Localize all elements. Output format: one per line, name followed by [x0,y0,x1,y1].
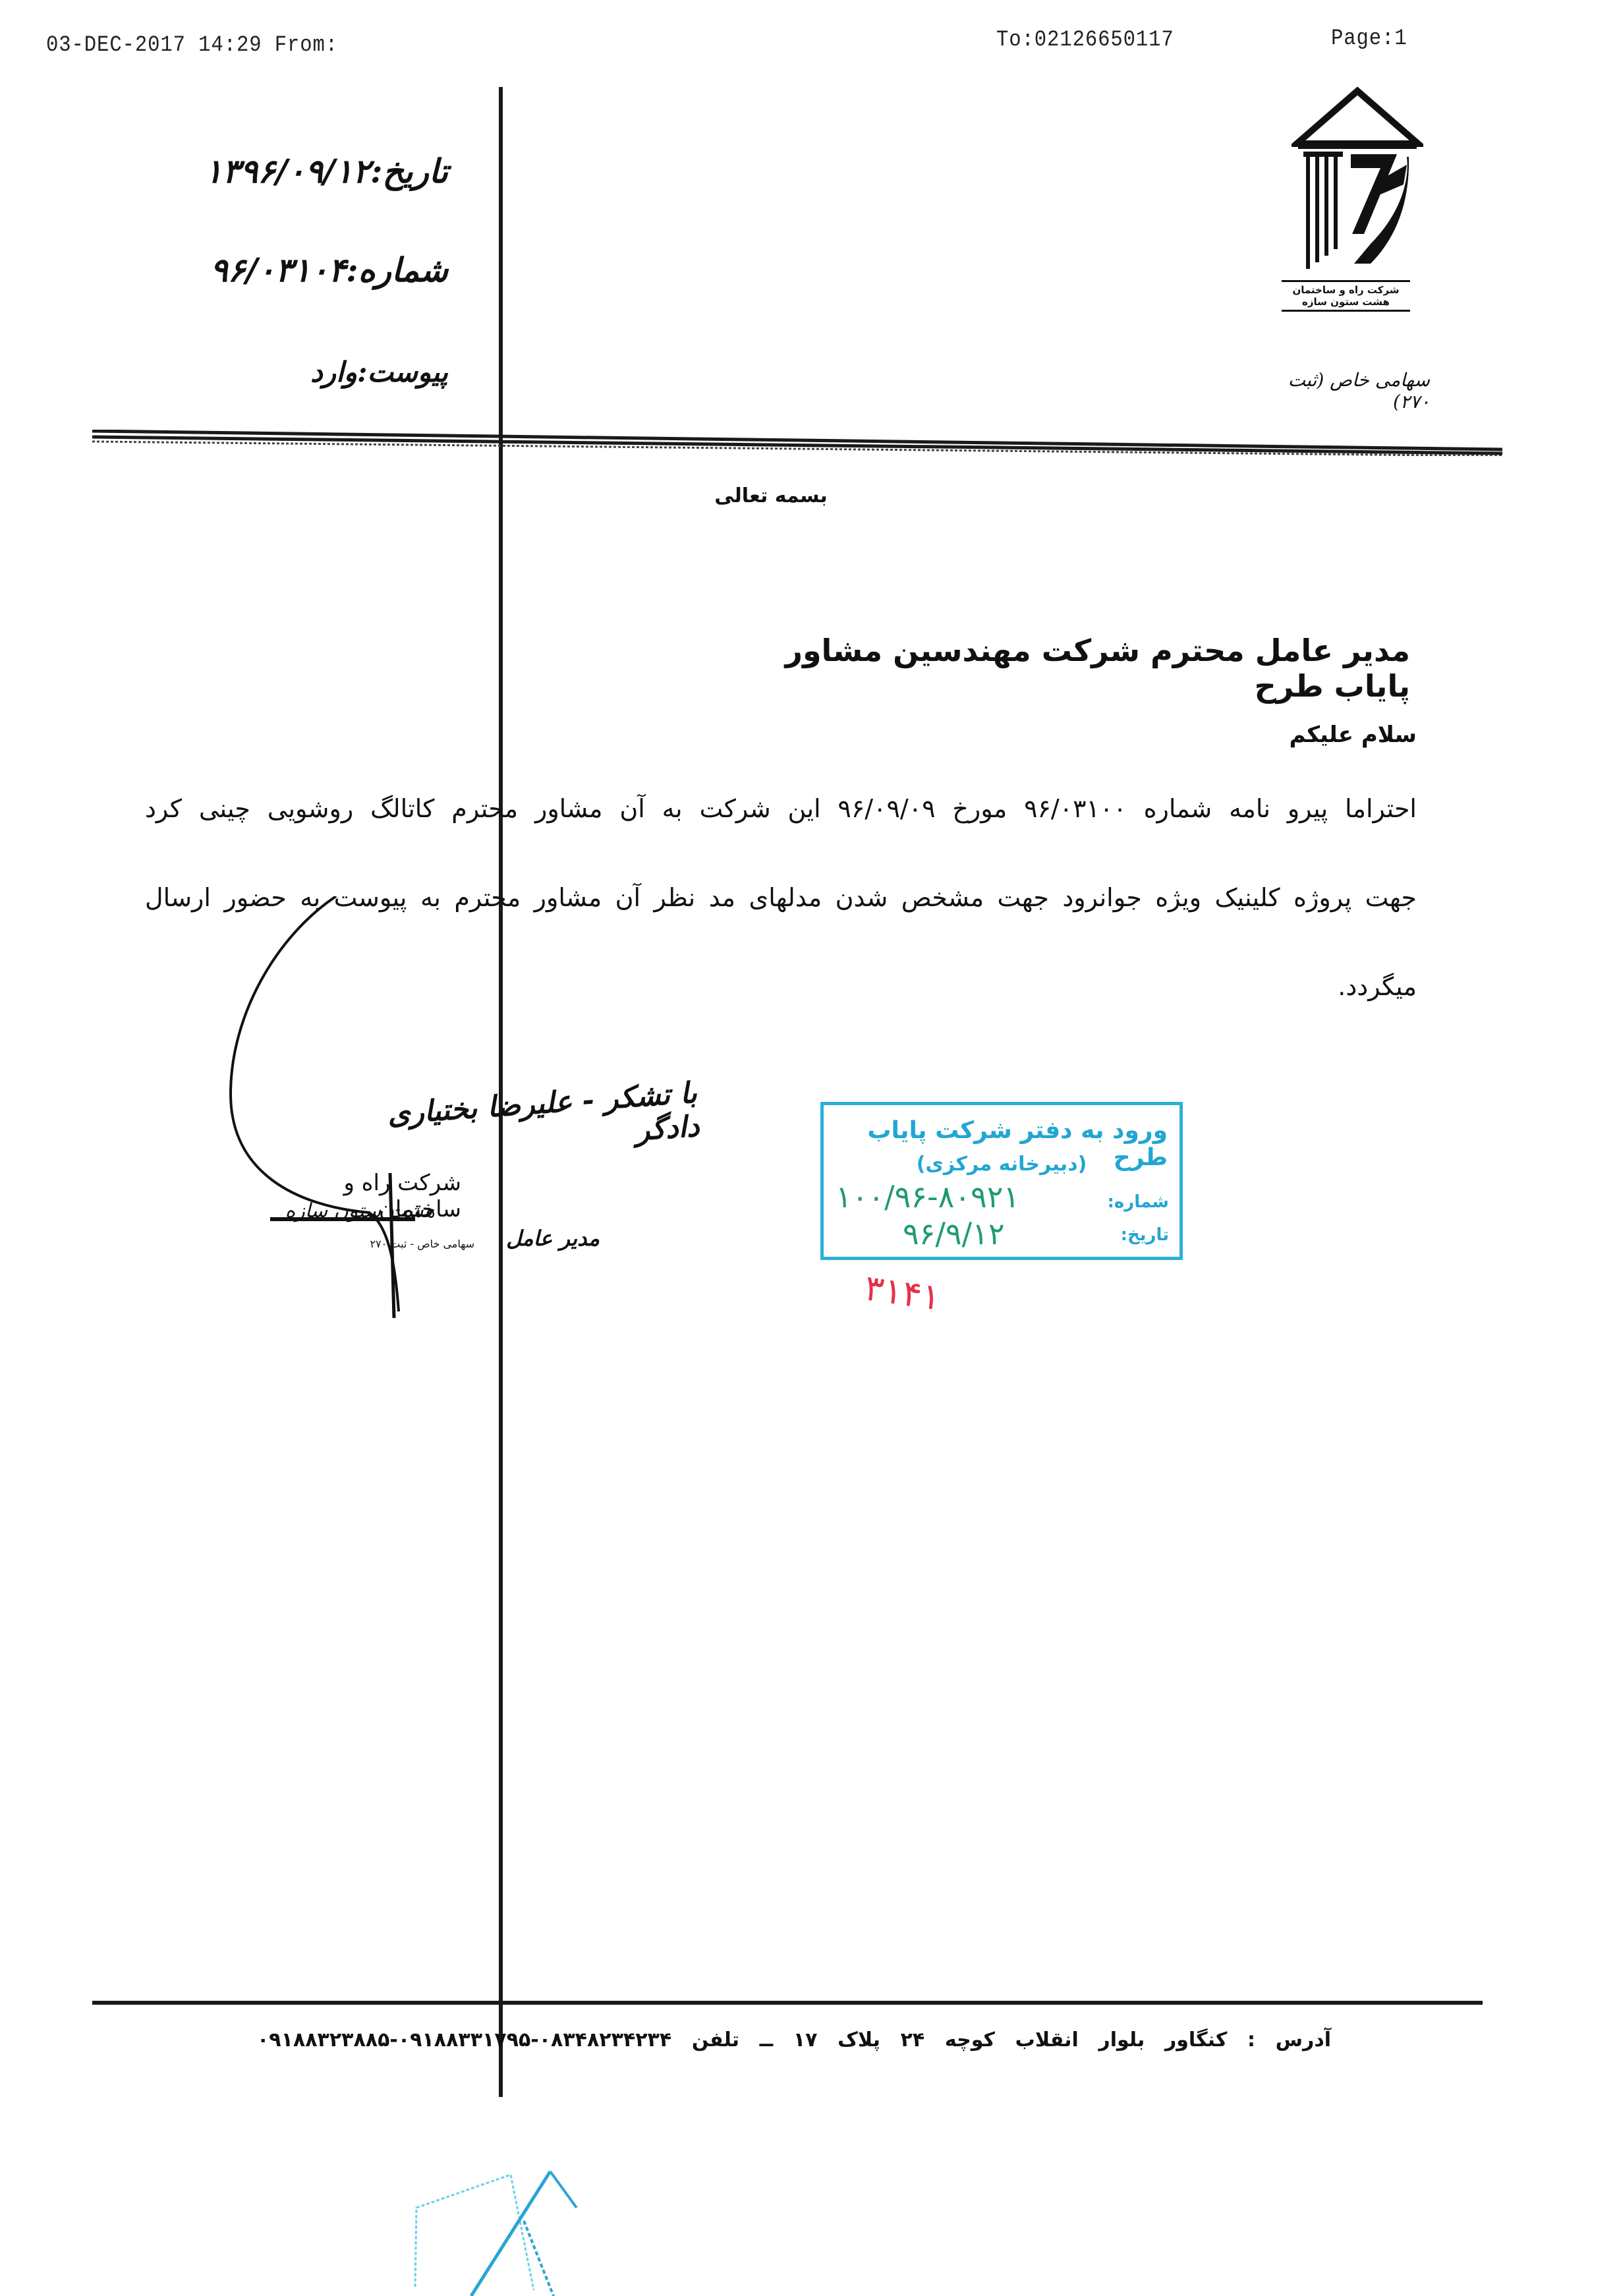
signature-stroke-icon [217,896,494,1318]
partial-stamp-icon [395,2142,593,2296]
fax-timestamp: 03-DEC-2017 14:29 From: [46,33,338,58]
stamp-date-value: ۹۶/۹/۱۲ [903,1216,1005,1251]
letter-number: شماره:۹۶/۰۳۱۰۴ [250,250,448,289]
fax-page-number: Page:1 [1331,26,1407,51]
number-value: ۹۶/۰۳۱۰۴ [210,250,346,289]
attachment-label: پیوست: [357,356,448,388]
attachment-value: وارد [310,356,357,388]
stamp-number-label: شماره: [1108,1192,1169,1212]
footer-address: آدرس : کنگاور بلوار انقلاب کوچه ۲۴ پلاک … [257,2028,1331,2052]
logo-caption-box: شرکت راه و ساختمان هشت ستون سازه [1282,280,1410,312]
body-line-1: احتراما پیرو نامه شماره ۹۶/۰۳۱۰۰ مورخ ۹۶… [145,794,1417,823]
company-logo [1292,86,1423,310]
company-registration: سهامی خاص (ثبت ۲۷۰) [1252,369,1430,413]
seal-registration: سهامی خاص - ثبت ۲۷۰ [277,1238,474,1250]
stamp-subtitle: (دبیرخانه مرکزی) [824,1153,1179,1176]
footer-separator [92,2001,1483,2005]
seal-title: مدیر عامل [481,1226,600,1251]
header-separator [92,430,1502,456]
received-stamp: ورود به دفتر شرکت پایاب طرح (دبیرخانه مر… [820,1102,1183,1260]
invocation: بسمه تعالی [692,484,850,507]
company-seal [217,896,494,1318]
number-label: شماره: [346,250,448,289]
letter-attachment: پیوست:وارد [290,356,448,388]
recipient-title: مدیر عامل محترم شرکت مهندسین مشاور پایاب… [712,633,1410,704]
body-line-3: میگردد. [1219,972,1417,1001]
logo-caption: شرکت راه و ساختمان هشت ستون سازه [1282,282,1410,310]
blue-stamp-fragment [395,2142,593,2296]
date-label: تاریخ: [370,152,448,190]
handwritten-red-number: ۳۱۴۱ [847,1265,957,1321]
seal-company-line2: هشت ستون سازه [283,1199,435,1222]
fax-to-number: To:02126650117 [996,28,1174,53]
letter-date: تاریخ:۱۳۹۶/۰۹/۱۲ [250,152,448,190]
stamp-date-label: تاریخ: [1121,1225,1169,1245]
greeting: سلام علیکم [1252,722,1417,748]
column-pediment-logo-icon [1292,86,1423,310]
date-value: ۱۳۹۶/۰۹/۱۲ [205,152,370,190]
stamp-number-value: ۱۰۰/۹۶-۸۰۹۲۱ [836,1179,1019,1215]
